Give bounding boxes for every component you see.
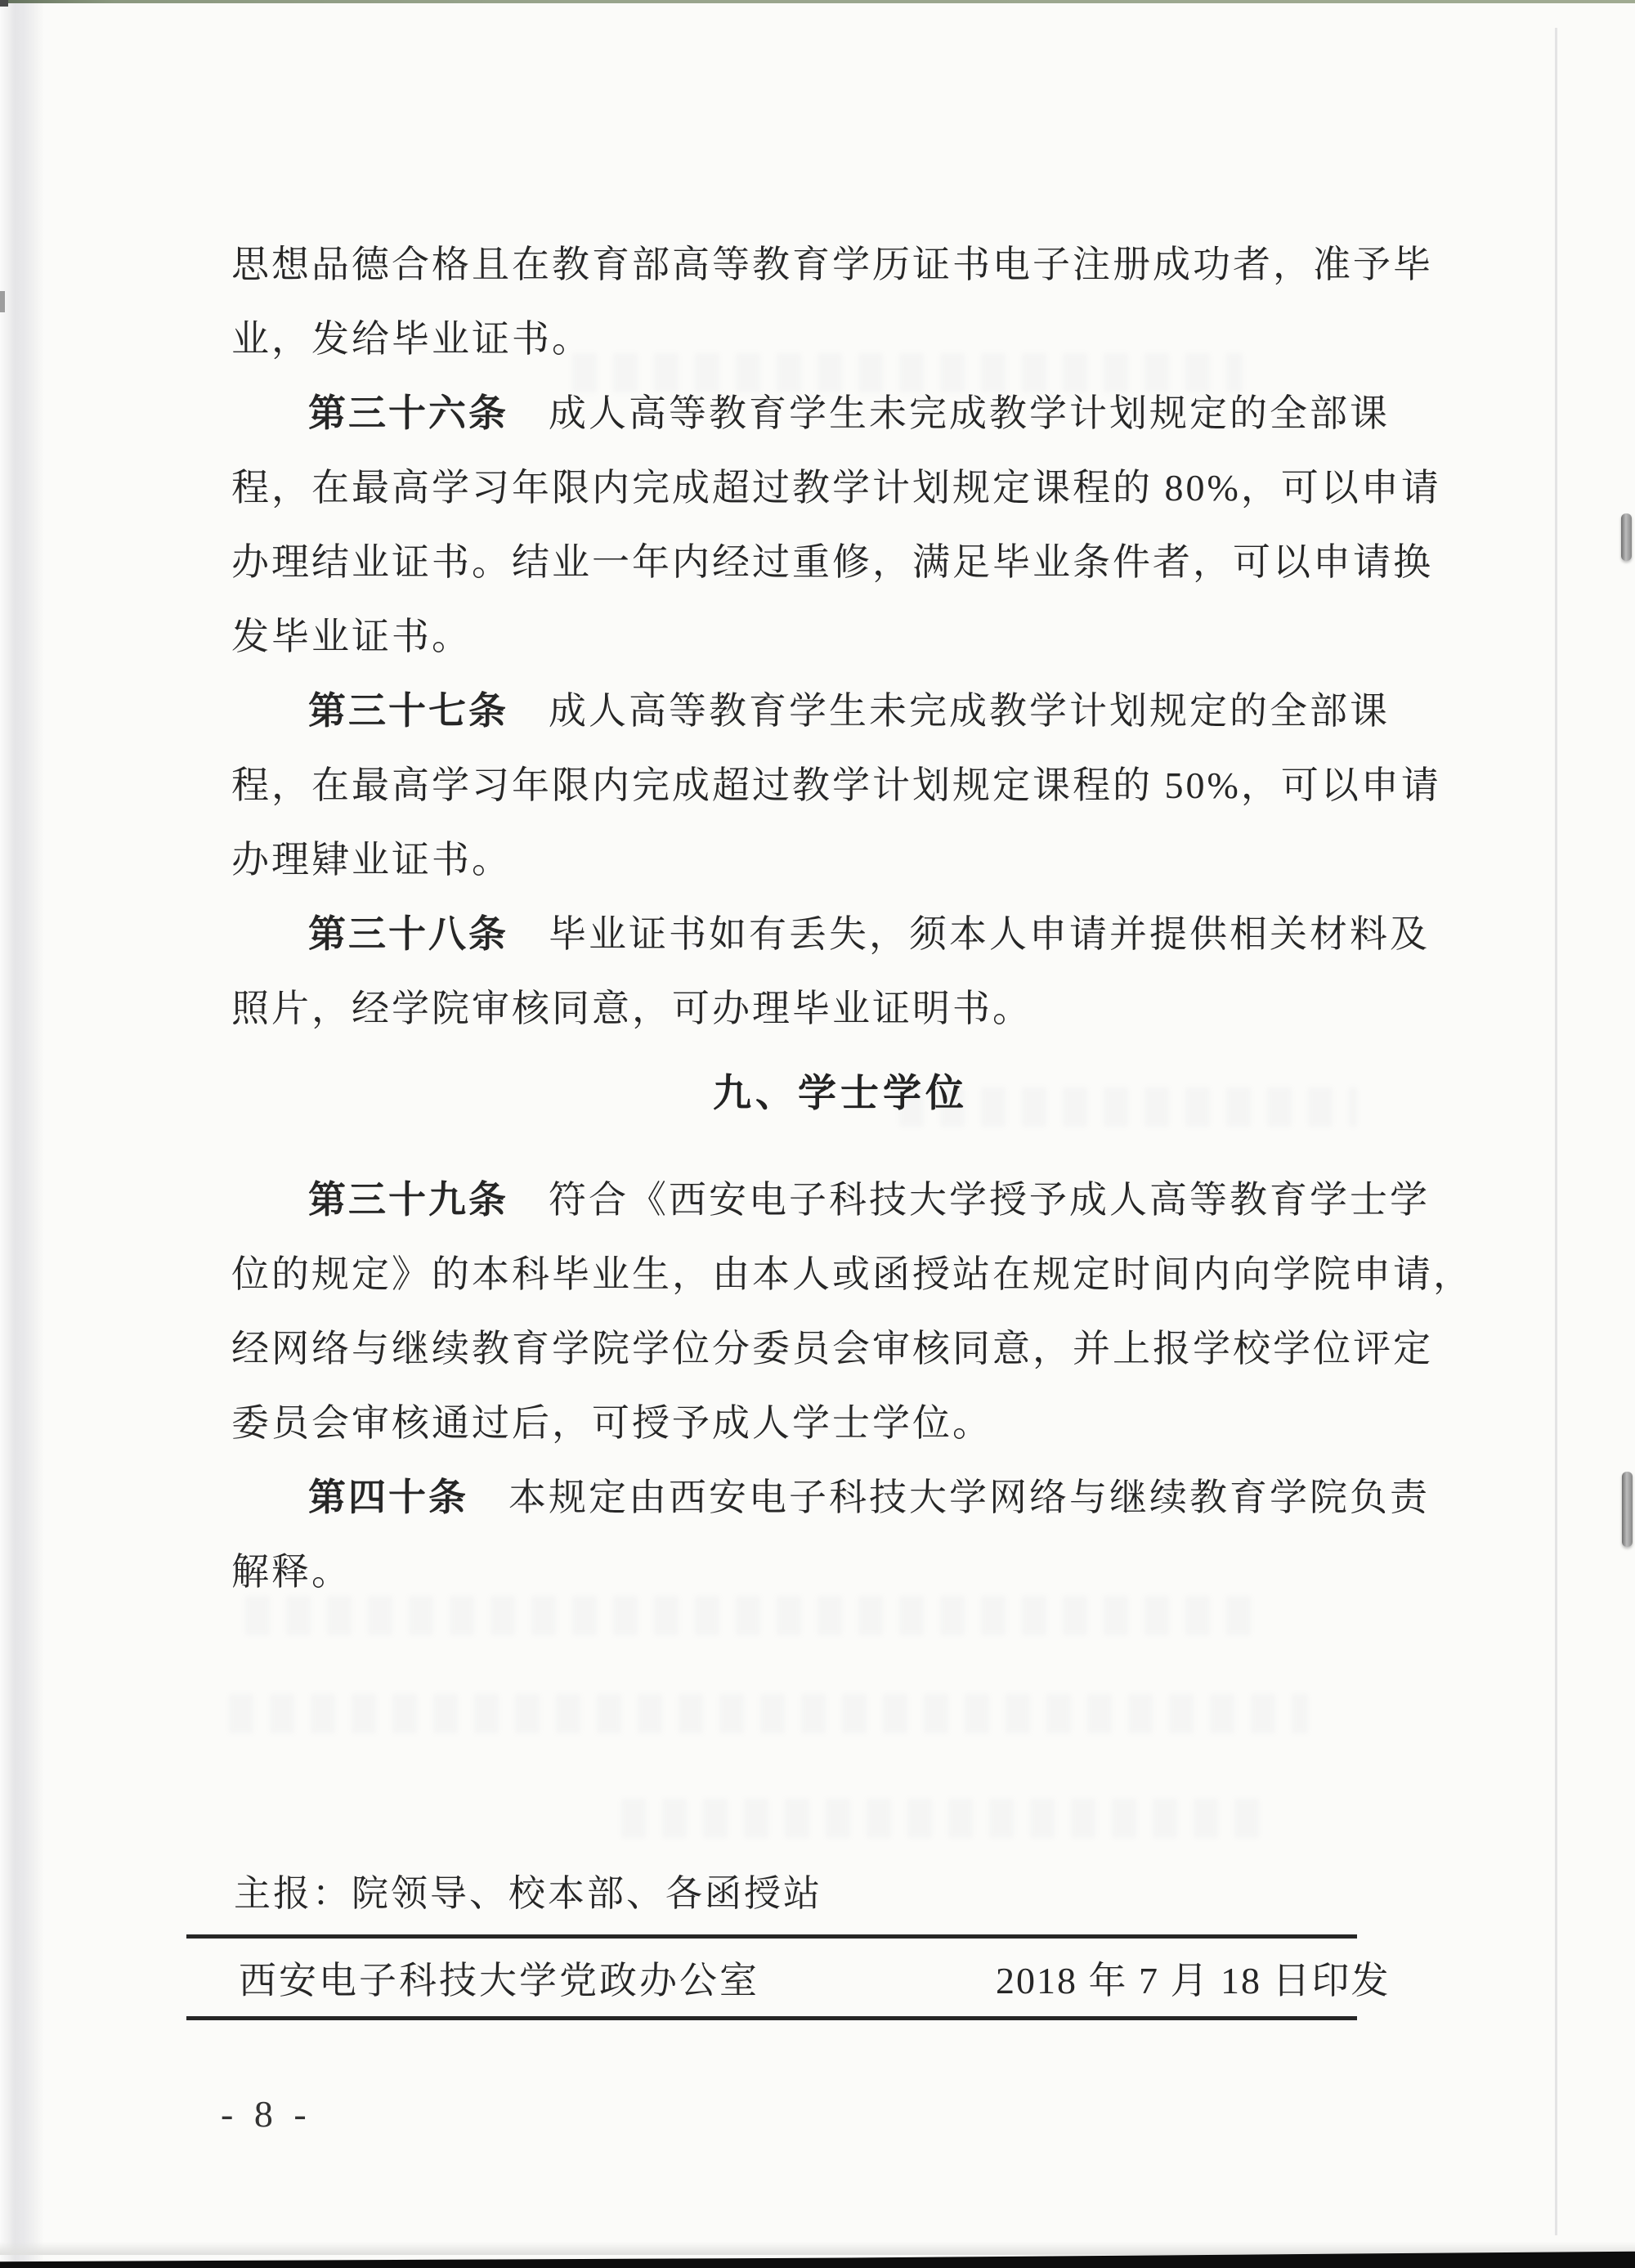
body-line-text: 办理肄业证书。: [231, 839, 512, 881]
body-line-text: 符合《西安电子科技大学授予成人高等教育学士学: [508, 1179, 1430, 1221]
body-line-text: 思想品德合格且在教育部高等教育学历证书电子注册成功者，准予毕: [231, 244, 1433, 285]
body-line: 发毕业证书。: [231, 599, 1449, 674]
footer-rule-bottom: [186, 2016, 1357, 2020]
body-line-text: 程，在最高学习年限内完成超过教学计划规定课程的 50%，可以申请: [231, 764, 1441, 806]
footer-issuing-office: 西安电子科技大学党政办公室: [239, 1956, 759, 2006]
body-line-text: 经网络与继续教育学院学位分委员会审核同意，并上报学校学位评定: [231, 1328, 1433, 1369]
scanned-document-page: 思想品德合格且在教育部高等教育学历证书电子注册成功者，准予毕 业，发给毕业证书。…: [0, 0, 1635, 2268]
article-number: 第四十条: [308, 1477, 468, 1518]
staple-mark-top: [1621, 513, 1632, 561]
body-line: 思想品德合格且在教育部高等教育学历证书电子注册成功者，准予毕: [231, 227, 1449, 302]
body-line-text: 程，在最高学习年限内完成超过教学计划规定课程的 80%，可以申请: [231, 467, 1441, 509]
body-line: 程，在最高学习年限内完成超过教学计划规定课程的 50%，可以申请: [231, 748, 1449, 822]
staple-mark-bottom: [1622, 1472, 1633, 1547]
body-line-article-36: 第三十六条 成人高等教育学生未完成教学计划规定的全部课: [231, 376, 1449, 450]
body-line-text: 成人高等教育学生未完成教学计划规定的全部课: [508, 690, 1390, 732]
body-line-text: 委员会审核通过后，可授予成人学士学位。: [231, 1402, 992, 1444]
article-number: 第三十六条: [308, 392, 508, 434]
body-line-article-37: 第三十七条 成人高等教育学生未完成教学计划规定的全部课: [231, 674, 1449, 748]
page-number: - 8 -: [221, 2090, 312, 2139]
body-line-text: 照片，经学院审核同意，可办理毕业证明书。: [231, 988, 1033, 1029]
body-line: 位的规定》的本科毕业生，由本人或函授站在规定时间内向学院申请，: [231, 1237, 1449, 1311]
body-line-text: 业，发给毕业证书。: [231, 318, 592, 360]
body-line: 程，在最高学习年限内完成超过教学计划规定课程的 80%，可以申请: [231, 450, 1449, 525]
body-line-text: 位的规定》的本科毕业生，由本人或函授站在规定时间内向学院申请，: [231, 1253, 1473, 1295]
bleed-through-artifact: [229, 1694, 1308, 1733]
body-line-text: 解释。: [231, 1551, 352, 1593]
bleed-through-artifact: [621, 1799, 1275, 1838]
document-body: 思想品德合格且在教育部高等教育学历证书电子注册成功者，准予毕 业，发给毕业证书。…: [231, 227, 1449, 1609]
body-line-article-39: 第三十九条 符合《西安电子科技大学授予成人高等教育学士学: [231, 1163, 1449, 1237]
scan-corner-speck: [0, 0, 8, 7]
footer-rule-top: [186, 1934, 1357, 1939]
article-number: 第三十八条: [308, 913, 508, 955]
section-heading-bachelor-degree: 九、学士学位: [231, 1057, 1449, 1132]
body-line: 办理结业证书。结业一年内经过重修，满足毕业条件者，可以申请换: [231, 525, 1449, 599]
body-line: 办理肄业证书。: [231, 822, 1449, 897]
scan-bottom-gray-strip: [0, 2242, 1635, 2255]
article-number: 第三十九条: [308, 1179, 508, 1221]
body-line: 照片，经学院审核同意，可办理毕业证明书。: [231, 971, 1449, 1046]
body-line-text: 发毕业证书。: [231, 616, 472, 657]
right-page-edge-line: [1555, 28, 1557, 2235]
body-line: 委员会审核通过后，可授予成人学士学位。: [231, 1386, 1449, 1460]
left-page-edge-shadow: [0, 0, 44, 2268]
body-line: 解释。: [231, 1535, 1449, 1609]
scan-edge-speck: [0, 291, 5, 312]
body-line-article-38: 第三十八条 毕业证书如有丢失，须本人申请并提供相关材料及: [231, 897, 1449, 971]
body-line-text: 本规定由西安电子科技大学网络与继续教育学院负责: [468, 1477, 1430, 1518]
scanner-top-edge-line: [0, 0, 1635, 3]
article-number: 第三十七条: [308, 690, 508, 732]
footer-distribution-list: 主报：院领导、校本部、各函授站: [234, 1869, 822, 1918]
body-line: 经网络与继续教育学院学位分委员会审核同意，并上报学校学位评定: [231, 1311, 1449, 1386]
body-line-text: 毕业证书如有丢失，须本人申请并提供相关材料及: [508, 913, 1430, 955]
body-line: 业，发给毕业证书。: [231, 302, 1449, 376]
body-line-text: 办理结业证书。结业一年内经过重修，满足毕业条件者，可以申请换: [231, 541, 1433, 583]
body-line-text: 成人高等教育学生未完成教学计划规定的全部课: [508, 392, 1390, 434]
footer-print-date: 2018 年 7 月 18 日印发: [996, 1956, 1391, 2006]
body-line-article-40: 第四十条 本规定由西安电子科技大学网络与继续教育学院负责: [231, 1460, 1449, 1535]
